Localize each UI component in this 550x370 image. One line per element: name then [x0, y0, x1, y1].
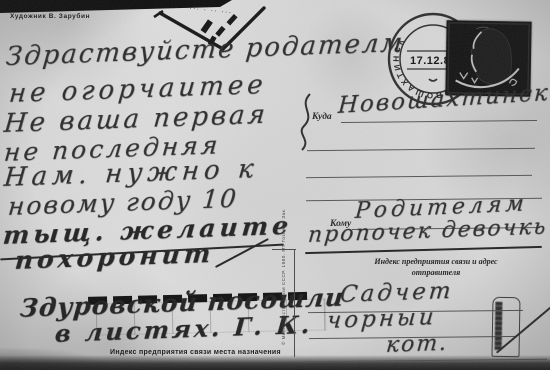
sender-value-3: кот.	[385, 331, 449, 358]
pen-flourish	[292, 92, 322, 152]
sender-value-2: чорныи	[326, 304, 438, 334]
vertical-label-text-blur	[495, 302, 503, 350]
sender-caption-line1: Индекс предприятия связи и адрес	[330, 257, 542, 266]
postcard-photo: Художник В. Зарубин ·· · ··· · ·· ··· НО…	[0, 0, 550, 370]
cachet-illegible-text: ·· · ··· · ·· ···	[172, 4, 233, 16]
sender-caption-line2: отправителя	[330, 268, 542, 277]
form-frame-horizontal	[272, 249, 296, 250]
bottom-caption: Индекс предприятия связи места назначени…	[110, 349, 281, 356]
form-frame-vertical	[294, 250, 295, 357]
artist-credit: Художник В. Зарубин	[10, 13, 90, 20]
vertical-label-stamp	[491, 297, 520, 357]
side-imprint: © Министерство связи СССР. 1980. МТ Гозн…	[281, 208, 286, 345]
photo-border-corner	[0, 348, 110, 370]
